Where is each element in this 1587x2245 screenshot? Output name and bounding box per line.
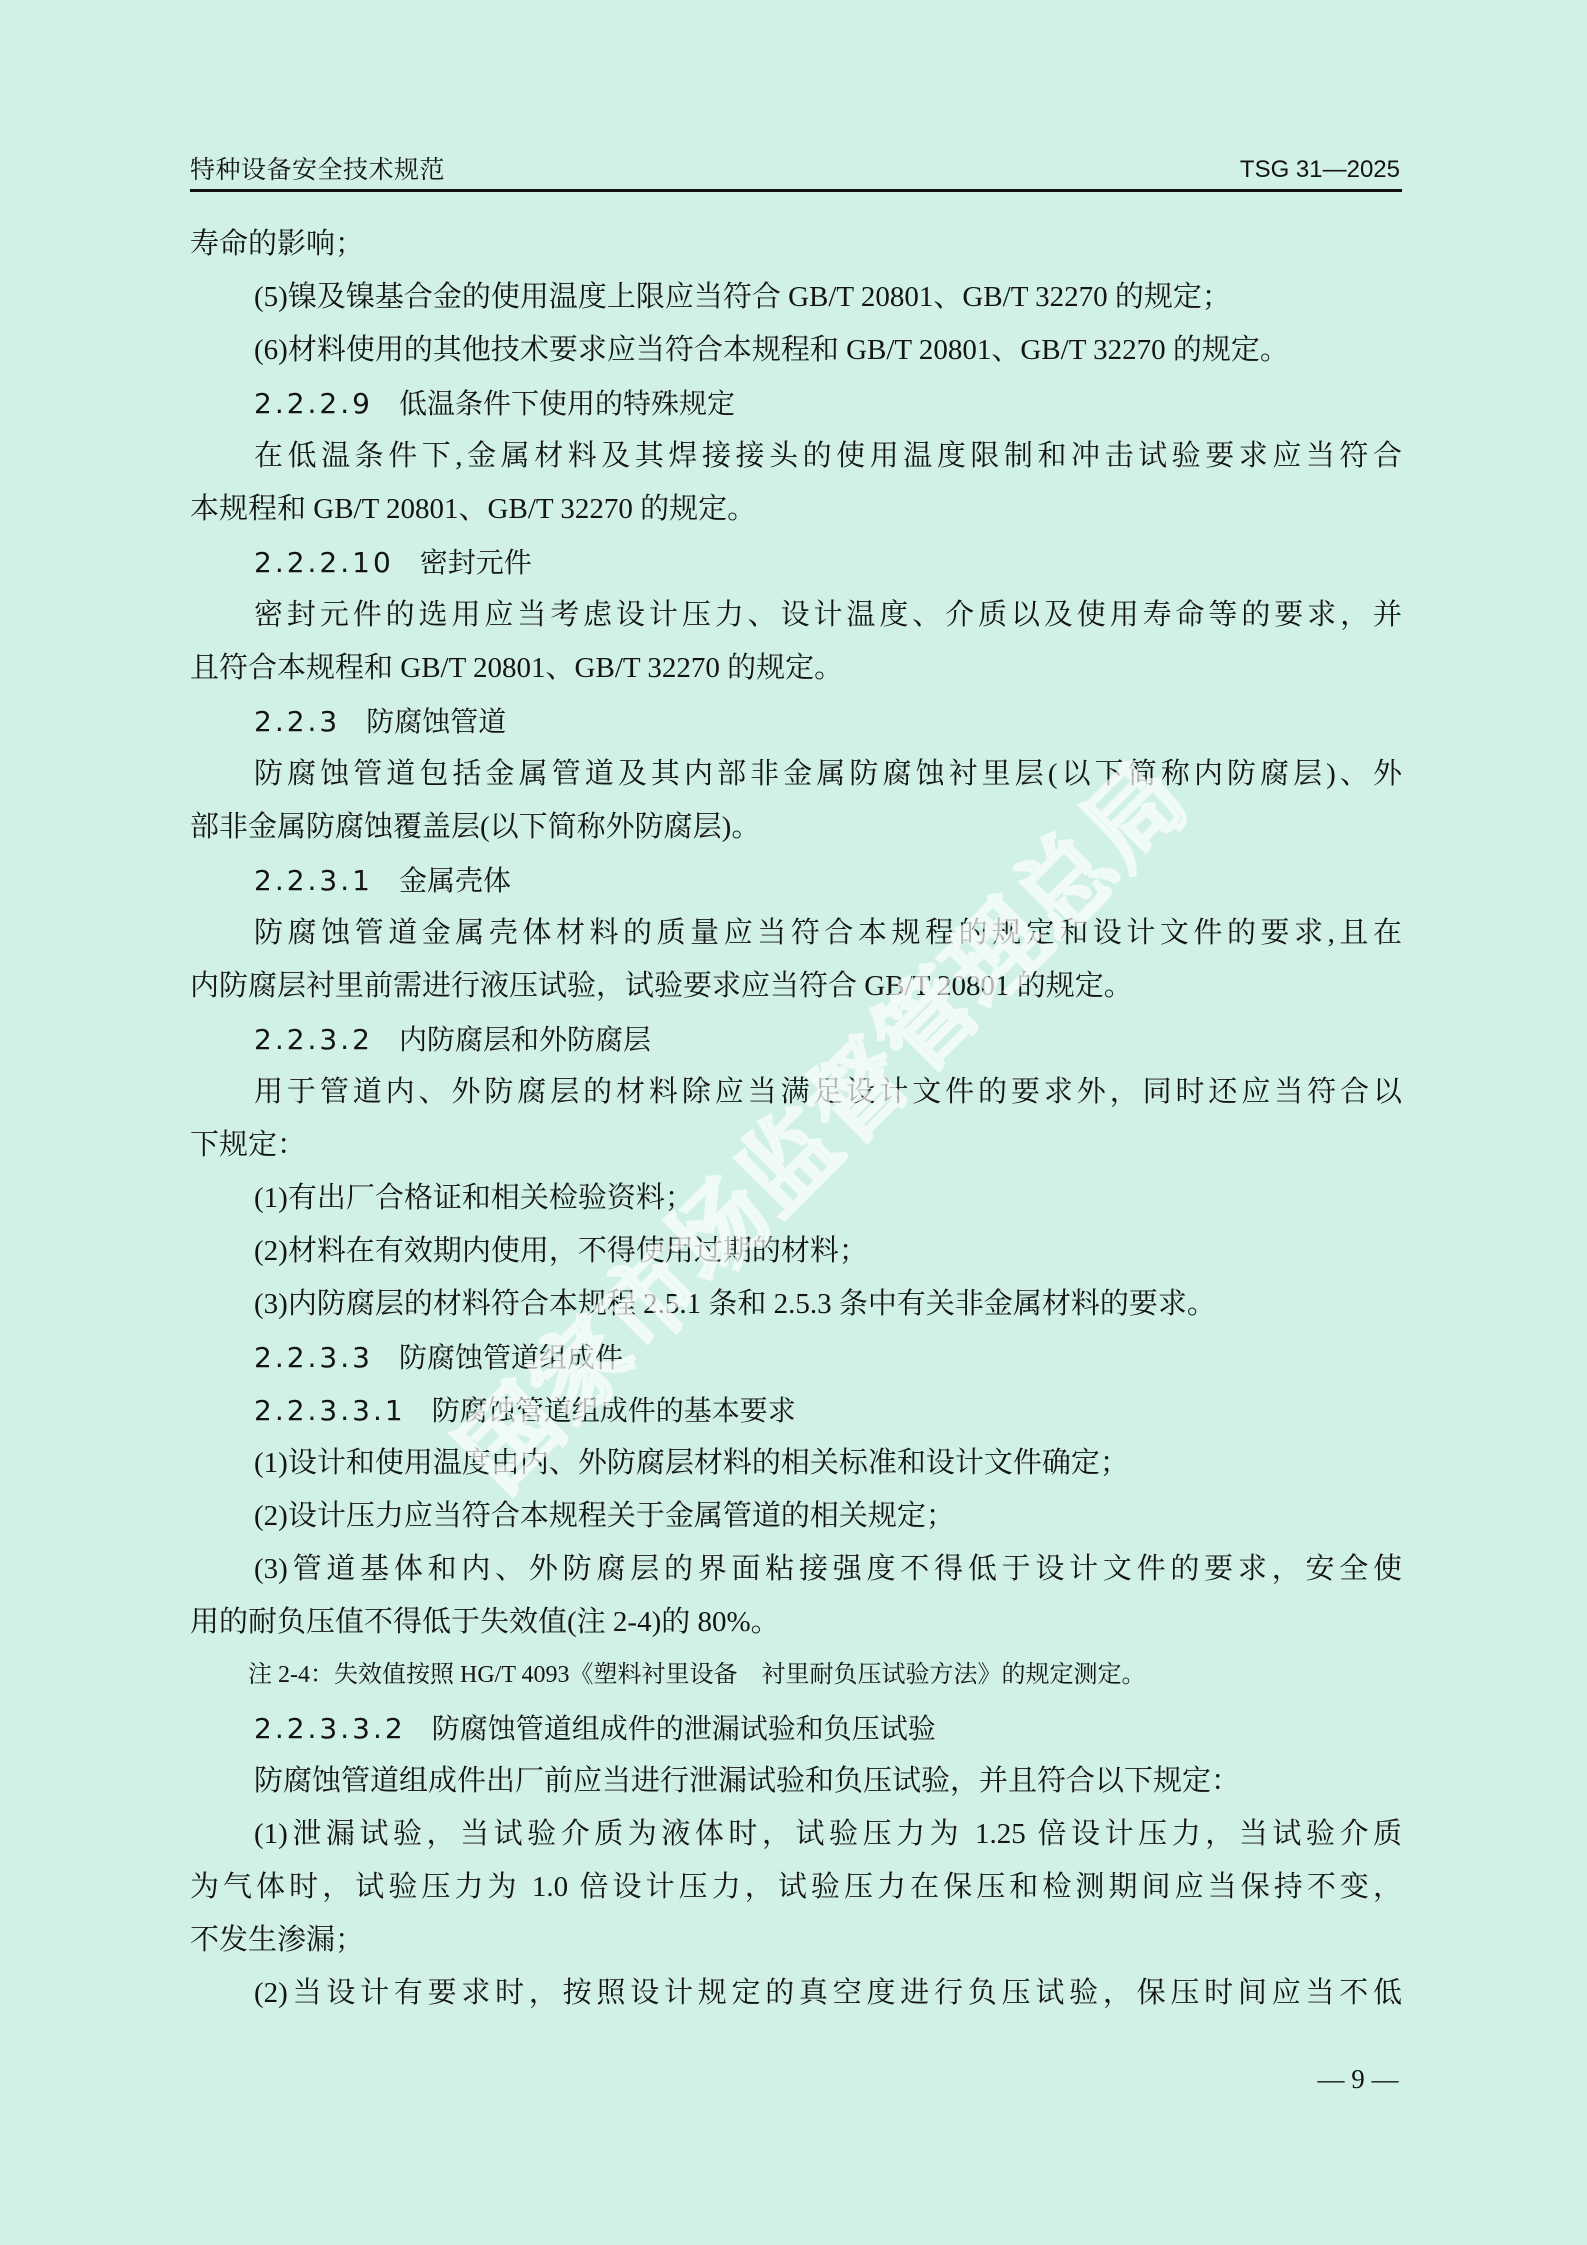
list-item: (5)镍及镍基合金的使用温度上限应当符合 GB/T 20801、GB/T 322…	[254, 271, 1231, 324]
paragraph-line: 本规程和 GB/T 20801、GB/T 32270 的规定。	[190, 483, 756, 536]
section-heading: 2.2.2.10密封元件	[254, 536, 532, 589]
paragraph-line: 为气体时，试验压力为 1.0 倍设计压力，试验压力在保压和检测期间应当保持不变，	[190, 1861, 1402, 1914]
document-page: 特种设备安全技术规范 TSG 31—2025 寿命的影响；(5)镍及镍基合金的使…	[0, 0, 1587, 2245]
list-item: (1)有出厂合格证和相关检验资料；	[254, 1172, 694, 1225]
section-number: 2.2.3.3.1	[254, 1384, 406, 1437]
section-title: 低温条件下使用的特殊规定	[399, 387, 735, 420]
paragraph-line: 寿命的影响；	[190, 218, 364, 271]
list-item: (1)设计和使用温度由内、外防腐层材料的相关标准和设计文件确定；	[254, 1437, 1129, 1490]
paragraph-line: (3)管道基体和内、外防腐层的界面粘接强度不得低于设计文件的要求，安全使	[254, 1543, 1402, 1596]
section-title: 防腐蚀管道组成件的基本要求	[432, 1394, 796, 1427]
page-number: — 9 —	[1312, 2064, 1404, 2094]
section-heading: 2.2.3.2内防腐层和外防腐层	[254, 1013, 651, 1066]
section-heading: 2.2.3.3.1防腐蚀管道组成件的基本要求	[254, 1384, 796, 1437]
paragraph-line: 下规定：	[190, 1119, 306, 1172]
paragraph-line: 密封元件的选用应当考虑设计压力、设计温度、介质以及使用寿命等的要求，并	[254, 589, 1402, 642]
section-number: 2.2.3.3	[254, 1331, 373, 1384]
paragraph-line: 不发生渗漏；	[190, 1914, 364, 1967]
section-number: 2.2.3	[254, 695, 340, 748]
list-item: (3)内防腐层的材料符合本规程 2.5.1 条和 2.5.3 条中有关非金属材料…	[254, 1278, 1216, 1331]
list-item: (2)材料在有效期内使用，不得使用过期的材料；	[254, 1225, 868, 1278]
section-title: 密封元件	[420, 546, 532, 579]
paragraph-line: 防腐蚀管道金属壳体材料的质量应当符合本规程的规定和设计文件的要求,且在	[254, 907, 1402, 960]
header-standard-code: TSG 31—2025	[1240, 152, 1400, 188]
paragraph-line: 且符合本规程和 GB/T 20801、GB/T 32270 的规定。	[190, 642, 843, 695]
section-title: 内防腐层和外防腐层	[399, 1023, 651, 1056]
footnote: 注 2-4：失效值按照 HG/T 4093《塑料衬里设备 衬里耐负压试验方法》的…	[248, 1649, 1146, 1702]
paragraph-line: 用的耐负压值不得低于失效值(注 2-4)的 80%。	[190, 1596, 780, 1649]
paragraph-line: 部非金属防腐蚀覆盖层(以下简称外防腐层)。	[190, 801, 760, 854]
section-heading: 2.2.2.9低温条件下使用的特殊规定	[254, 377, 735, 430]
header-title: 特种设备安全技术规范	[190, 152, 445, 188]
section-title: 防腐蚀管道	[366, 705, 506, 738]
paragraph-line: 用于管道内、外防腐层的材料除应当满足设计文件的要求外，同时还应当符合以	[254, 1066, 1402, 1119]
paragraph-line: (1)泄漏试验，当试验介质为液体时，试验压力为 1.25 倍设计压力，当试验介质	[254, 1808, 1402, 1861]
list-item: (2)设计压力应当符合本规程关于金属管道的相关规定；	[254, 1490, 955, 1543]
section-number: 2.2.2.10	[254, 536, 394, 589]
list-item: 防腐蚀管道组成件出厂前应当进行泄漏试验和负压试验，并且符合以下规定：	[254, 1755, 1240, 1808]
list-item: (6)材料使用的其他技术要求应当符合本规程和 GB/T 20801、GB/T 3…	[254, 324, 1289, 377]
section-title: 防腐蚀管道组成件	[399, 1341, 623, 1374]
paragraph-line: (2)当设计有要求时，按照设计规定的真空度进行负压试验，保压时间应当不低	[254, 1967, 1402, 2020]
section-heading: 2.2.3.3防腐蚀管道组成件	[254, 1331, 623, 1384]
section-heading: 2.2.3防腐蚀管道	[254, 695, 506, 748]
section-heading: 2.2.3.1金属壳体	[254, 854, 511, 907]
section-title: 防腐蚀管道组成件的泄漏试验和负压试验	[432, 1712, 936, 1745]
header-rule	[190, 189, 1402, 192]
running-header: 特种设备安全技术规范 TSG 31—2025	[190, 152, 1402, 188]
section-number: 2.2.3.3.2	[254, 1702, 406, 1755]
section-number: 2.2.2.9	[254, 377, 373, 430]
section-number: 2.2.3.1	[254, 854, 373, 907]
paragraph-line: 内防腐层衬里前需进行液压试验，试验要求应当符合 GB/T 20801 的规定。	[190, 960, 1133, 1013]
section-title: 金属壳体	[399, 864, 511, 897]
section-heading: 2.2.3.3.2防腐蚀管道组成件的泄漏试验和负压试验	[254, 1702, 936, 1755]
paragraph-line: 在低温条件下,金属材料及其焊接接头的使用温度限制和冲击试验要求应当符合	[254, 430, 1402, 483]
paragraph-line: 防腐蚀管道包括金属管道及其内部非金属防腐蚀衬里层(以下简称内防腐层)、外	[254, 748, 1402, 801]
section-number: 2.2.3.2	[254, 1013, 373, 1066]
